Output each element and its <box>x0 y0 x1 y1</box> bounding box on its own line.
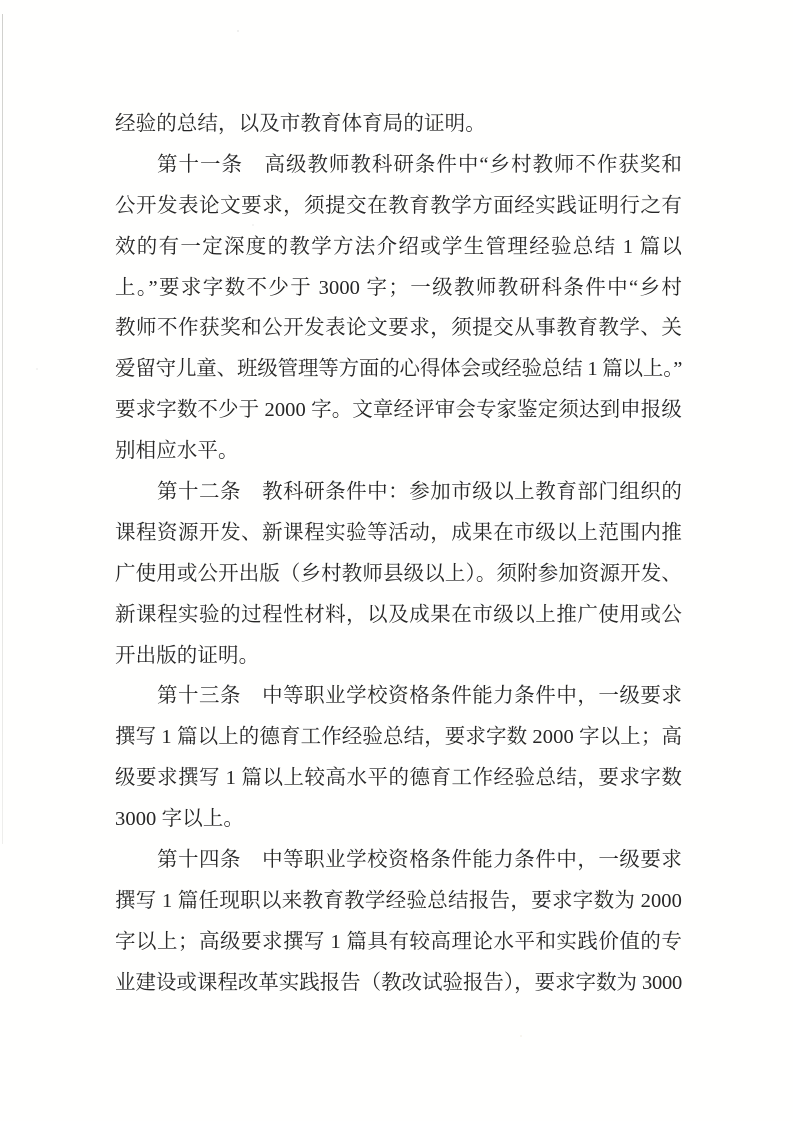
text-line: 经验的总结，以及市教育体育局的证明。 <box>115 104 682 145</box>
text-line: 上。”要求字数不少于 3000 字；一级教师教研科条件中“乡村 <box>115 268 682 309</box>
text-line: 撰写 1 篇任现职以来教育教学经验总结报告，要求字数为 2000 <box>115 881 682 922</box>
text-line: 课程资源开发、新课程实验等活动，成果在市级以上范围内推 <box>115 513 682 554</box>
text-line: 别相应水平。 <box>115 431 682 472</box>
text-line: 第十二条 教科研条件中：参加市级以上教育部门组织的 <box>115 472 682 513</box>
paragraph: 第十三条 中等职业学校资格条件能力条件中，一级要求撰写 1 篇以上的德育工作经验… <box>115 676 682 840</box>
text-line: 效的有一定深度的教学方法介绍或学生管理经验总结 1 篇以 <box>115 227 682 268</box>
scan-edge-artifact <box>2 14 3 844</box>
text-line: 字以上；高级要求撰写 1 篇具有较高理论水平和实践价值的专 <box>115 922 682 963</box>
text-line: 级要求撰写 1 篇以上较高水平的德育工作经验总结，要求字数 <box>115 758 682 799</box>
text-line: 开出版的证明。 <box>115 636 682 677</box>
text-line: 爱留守儿童、班级管理等方面的心得体会或经验总结 1 篇以上。” <box>115 349 682 390</box>
paragraph: 经验的总结，以及市教育体育局的证明。 <box>115 104 682 145</box>
paragraph: 第十二条 教科研条件中：参加市级以上教育部门组织的课程资源开发、新课程实验等活动… <box>115 472 682 676</box>
text-line: 第十四条 中等职业学校资格条件能力条件中，一级要求 <box>115 840 682 881</box>
paragraph: 第十一条 高级教师教科研条件中“乡村教师不作获奖和公开发表论文要求，须提交在教育… <box>115 145 682 472</box>
text-line: 新课程实验的过程性材料，以及成果在市级以上推广使用或公 <box>115 595 682 636</box>
text-line: 第十三条 中等职业学校资格条件能力条件中，一级要求 <box>115 676 682 717</box>
text-line: 第十一条 高级教师教科研条件中“乡村教师不作获奖和 <box>115 145 682 186</box>
text-line: 广使用或公开出版（乡村教师县级以上）。须附参加资源开发、 <box>115 554 682 595</box>
text-line: 要求字数不少于 2000 字。文章经评审会专家鉴定须达到申报级 <box>115 390 682 431</box>
document-text-block: 经验的总结，以及市教育体育局的证明。第十一条 高级教师教科研条件中“乡村教师不作… <box>115 104 682 1004</box>
paragraph: 第十四条 中等职业学校资格条件能力条件中，一级要求撰写 1 篇任现职以来教育教学… <box>115 840 682 1004</box>
text-line: 公开发表论文要求，须提交在教育教学方面经实践证明行之有 <box>115 186 682 227</box>
text-line: 撰写 1 篇以上的德育工作经验总结，要求字数 2000 字以上；高 <box>115 717 682 758</box>
text-line: 3000 字以上。 <box>115 799 682 840</box>
document-page: 经验的总结，以及市教育体育局的证明。第十一条 高级教师教科研条件中“乡村教师不作… <box>0 0 793 1121</box>
text-line: 业建设或课程改革实践报告（教改试验报告），要求字数为 3000 <box>115 963 682 1004</box>
text-line: 教师不作获奖和公开发表论文要求，须提交从事教育教学、关 <box>115 308 682 349</box>
scan-noise-speckles <box>237 30 239 32</box>
